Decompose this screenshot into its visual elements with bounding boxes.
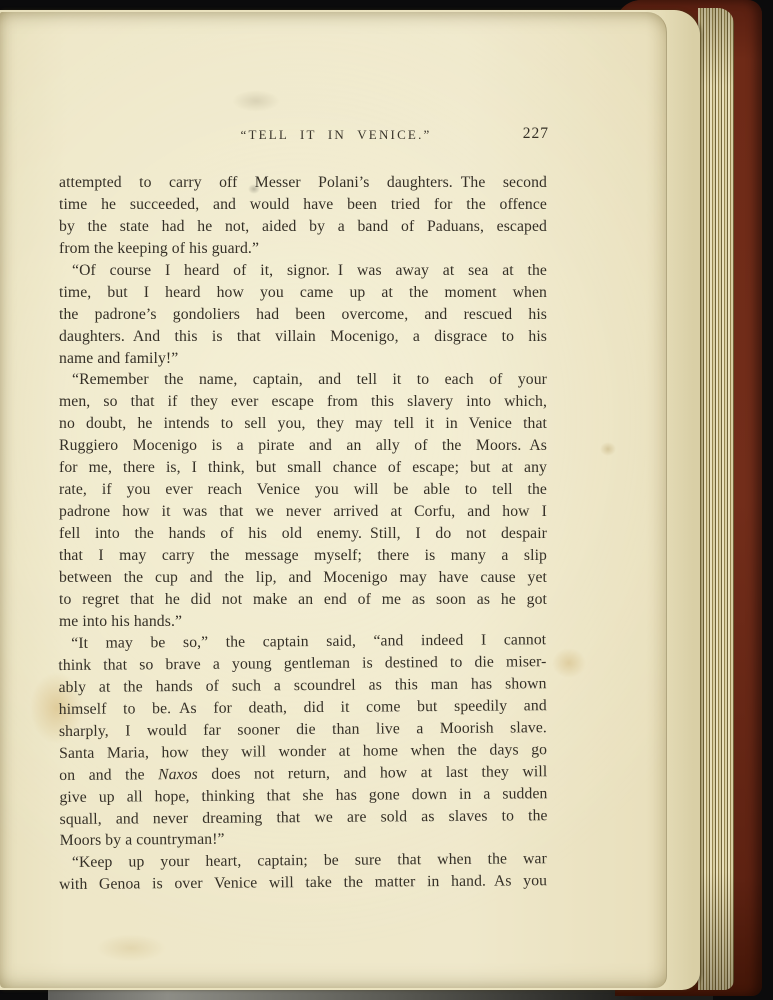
text-line: name and family!” <box>59 348 547 370</box>
page-content: “TELL IT IN VENICE.” 227 attempted to ca… <box>59 127 547 896</box>
text-line: attempted to carry off Messer Polani’s d… <box>59 172 547 194</box>
text-line: give up all hope, thinking that she has … <box>59 782 547 808</box>
foxing-stain <box>96 934 166 962</box>
text-line: between the cup and the lip, and Mocenig… <box>59 567 547 589</box>
text-line: men, so that if they ever escape from th… <box>59 391 547 413</box>
text-line: to regret that he did not make an end of… <box>59 589 547 611</box>
text-line: time he succeeded, and would have been t… <box>59 194 547 216</box>
text-line: no doubt, he intends to sell you, they m… <box>59 413 547 435</box>
text-line: for me, there is, I think, but small cha… <box>59 457 547 479</box>
text-line: padrone how it was that we never arrived… <box>59 501 547 523</box>
text-line: daughters. And this is that villain Moce… <box>59 326 547 348</box>
text-line: time, but I heard how you came up at the… <box>59 282 547 304</box>
text-line: on and the Naxos does not return, and ho… <box>59 760 547 786</box>
paragraph: “Keep up your heart, captain; be sure th… <box>59 848 547 896</box>
paragraph: “It may be so,” the captain said, “and i… <box>58 629 548 852</box>
text-line: that I may carry the message myself; the… <box>59 545 547 567</box>
text-line: fell into the hands of his old enemy. St… <box>59 523 547 545</box>
foxing-stain <box>600 442 616 456</box>
book-scan-photo: “TELL IT IN VENICE.” 227 attempted to ca… <box>0 0 773 1000</box>
text-line: “Remember the name, captain, and tell it… <box>59 369 547 391</box>
book-page: “TELL IT IN VENICE.” 227 attempted to ca… <box>0 12 667 988</box>
page-header: “TELL IT IN VENICE.” 227 <box>59 127 547 146</box>
text-block: attempted to carry off Messer Polani’s d… <box>59 172 547 896</box>
text-line: rate, if you ever reach Venice you will … <box>59 479 547 501</box>
paragraph: attempted to carry off Messer Polani’s d… <box>59 172 547 260</box>
text-line: with Genoa is over Venice will take the … <box>59 870 547 896</box>
text-line: Ruggiero Mocenigo is a pirate and an all… <box>59 435 547 457</box>
text-line: himself to be. As for death, did it come… <box>59 695 547 721</box>
running-title: “TELL IT IN VENICE.” <box>241 127 432 143</box>
paragraph: “Remember the name, captain, and tell it… <box>59 369 547 632</box>
text-line: sharply, I would far sooner die than liv… <box>59 717 547 743</box>
foxing-stain <box>232 90 280 112</box>
text-line: from the keeping of his guard.” <box>59 238 547 260</box>
foxing-stain <box>552 648 586 678</box>
text-line: the padrone’s gondoliers had been overco… <box>59 304 547 326</box>
text-line: Santa Maria, how they will wonder at hom… <box>59 739 547 765</box>
text-line: “Of course I heard of it, signor. I was … <box>59 260 547 282</box>
text-line: squall, and never dreaming that we are s… <box>60 804 548 830</box>
text-line: ably at the hands of such a scoundrel as… <box>58 673 546 699</box>
paragraph: “Of course I heard of it, signor. I was … <box>59 260 547 370</box>
page-number: 227 <box>523 125 549 143</box>
text-line: by the state had he not, aided by a band… <box>59 216 547 238</box>
page-stack-edges <box>698 8 734 990</box>
text-line: think that so brave a young gentleman is… <box>58 651 546 677</box>
